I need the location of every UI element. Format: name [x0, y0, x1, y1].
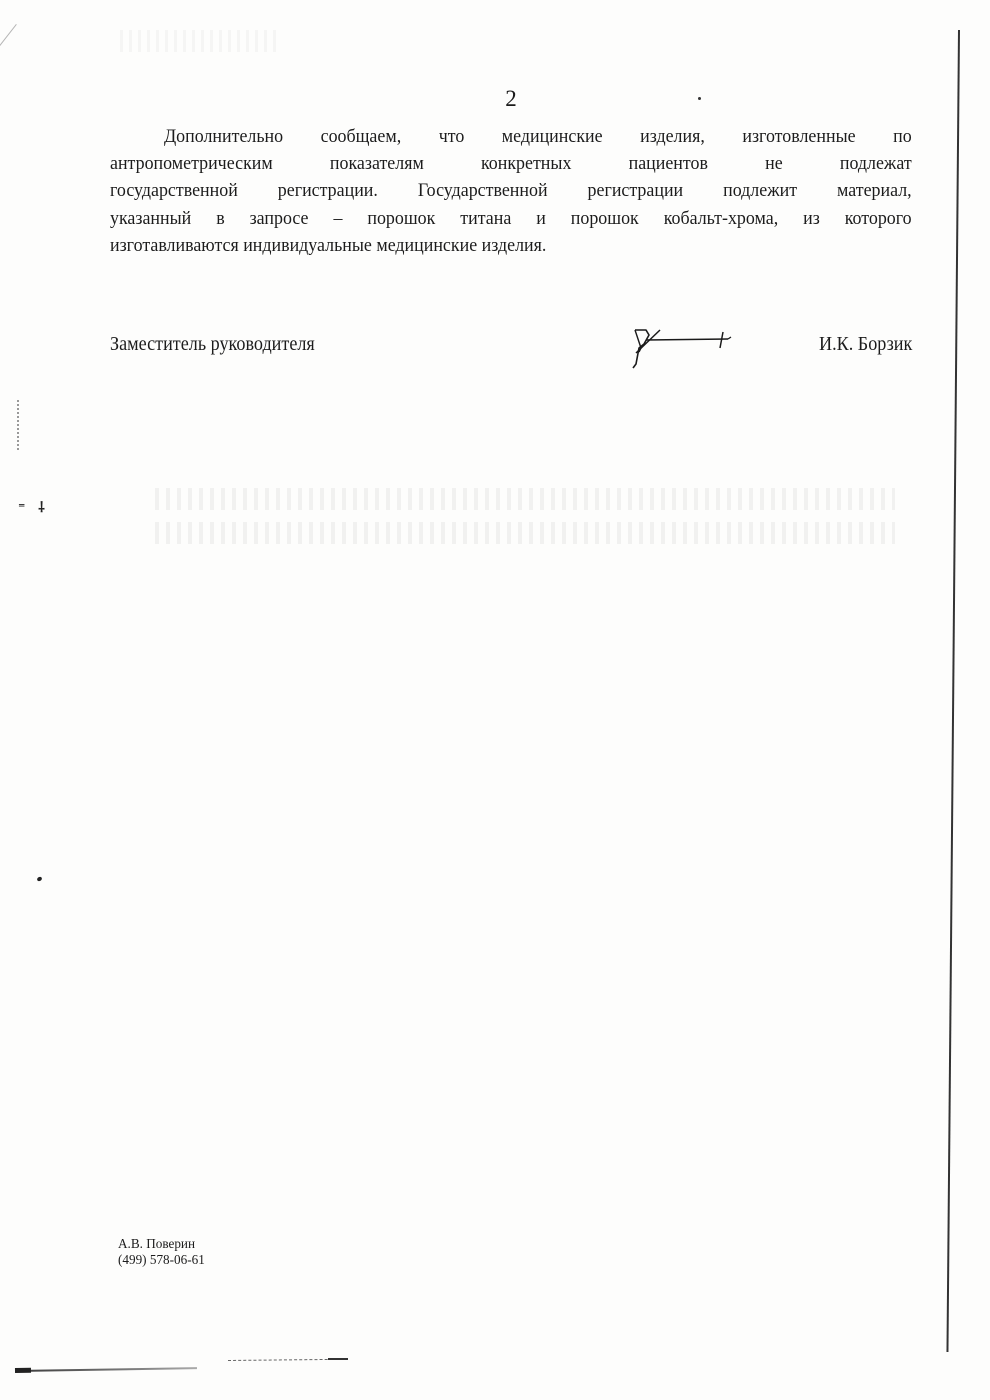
body-line: антропометрическим показателям конкретны… [110, 150, 912, 177]
page-number: 2 [0, 86, 990, 112]
scan-bottom-edge-line [328, 1358, 348, 1360]
handwritten-signature-icon [630, 322, 740, 372]
signature-block: Заместитель руководителя И.К. Борзик [110, 334, 912, 374]
scanned-letter-page: ⁼ ⸸ 2 Дополнительно сообщаем, что медици… [0, 0, 990, 1400]
signatory-name: И.К. Борзик [819, 334, 912, 356]
scan-smudge [120, 30, 280, 52]
body-paragraph: Дополнительно сообщаем, что медицинские … [110, 123, 912, 259]
signatory-title: Заместитель руководителя [110, 334, 315, 356]
executor-name: А.В. Поверин [118, 1236, 205, 1252]
scan-page-edge-line [946, 30, 959, 1352]
executor-phone: (499) 578-06-61 [118, 1252, 205, 1268]
scan-margin-blot: ⁼ ⸸ [18, 498, 49, 517]
body-line: Дополнительно сообщаем, что медицинские … [110, 123, 912, 150]
bleed-through-text [155, 488, 895, 558]
body-line: изготавливаются индивидуальные медицинск… [110, 232, 912, 259]
body-line: государственной регистрации. Государстве… [110, 177, 912, 204]
scan-ink-dot [36, 876, 42, 882]
scan-bottom-edge-line [15, 1367, 197, 1372]
scan-margin-marks [17, 400, 21, 450]
body-line: указанный в запросе – порошок титана и п… [110, 205, 912, 232]
executor-info: А.В. Поверин (499) 578-06-61 [118, 1236, 205, 1268]
